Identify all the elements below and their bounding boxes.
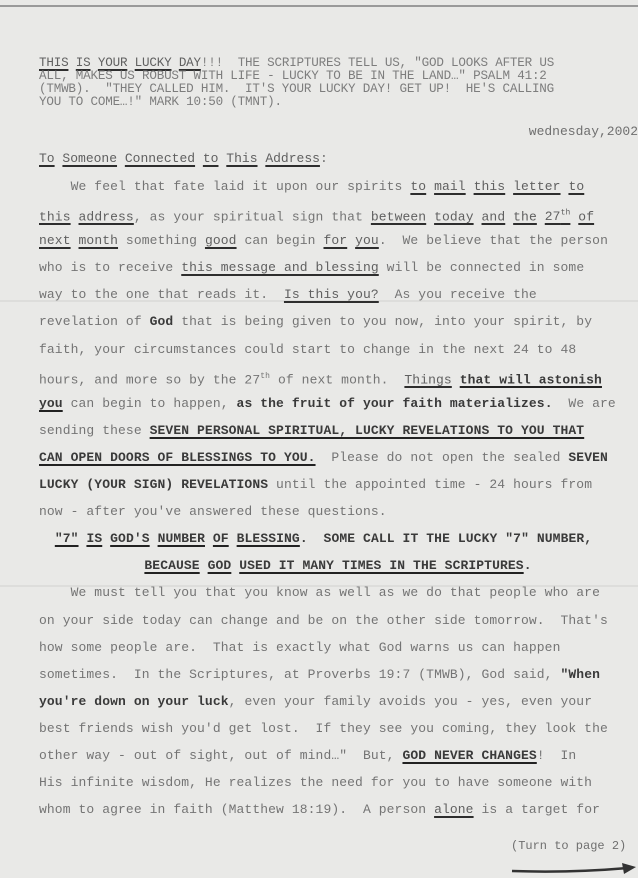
emphasized-text: To — [39, 151, 55, 166]
text — [229, 531, 237, 546]
emphasized-text: Someone — [62, 151, 117, 166]
emphasized-text: OF — [213, 531, 229, 546]
body-line: "7" IS GOD'S NUMBER OF BLESSING. SOME CA… — [39, 530, 638, 557]
emphasized-text: "When — [560, 667, 600, 682]
emphasized-text: next — [39, 233, 71, 248]
emphasized-text: . SOME CALL IT THE LUCKY "7" NUMBER, — [300, 531, 592, 546]
text — [102, 531, 110, 546]
body-line: who is to receive this message and bless… — [39, 259, 638, 286]
emphasized-text: THIS — [39, 56, 68, 70]
emphasized-text: good — [205, 233, 237, 248]
text — [505, 179, 513, 194]
text: ! In — [537, 748, 577, 763]
emphasized-text: to — [203, 151, 219, 166]
emphasized-text: alone — [434, 802, 474, 817]
text — [537, 209, 545, 224]
text: We feel that fate laid it upon our spiri… — [39, 179, 410, 194]
text: can begin to happen, — [63, 396, 237, 411]
emphasized-text: SEVEN — [568, 450, 608, 465]
text: is a target for — [474, 802, 600, 817]
body-line: sometimes. In the Scriptures, at Proverb… — [39, 666, 638, 693]
text — [195, 151, 203, 166]
text — [426, 209, 434, 224]
header-line: YOU TO COME…!" MARK 10:50 (TMNT). — [39, 96, 638, 109]
body-line: whom to agree in faith (Matthew 18:19). … — [39, 801, 638, 828]
text: until the appointed time - 24 hours from — [268, 477, 592, 492]
emphasized-text: "7" — [55, 531, 79, 546]
body-line: faith, your circumstances could start to… — [39, 341, 638, 368]
text — [426, 179, 434, 194]
emphasized-text: LUCKY — [135, 56, 172, 70]
emphasized-text: you — [39, 396, 63, 411]
text: of next month. — [270, 372, 404, 387]
text — [91, 56, 98, 70]
emphasized-text: you're down on your luck — [39, 694, 229, 709]
text: will be connected in some — [379, 260, 584, 275]
text — [200, 558, 208, 573]
emphasized-text: letter — [513, 179, 560, 194]
text: , even your family avoids you - yes, eve… — [229, 694, 592, 709]
emphasized-text: IS — [76, 56, 91, 70]
text: something — [118, 233, 205, 248]
body-line: you can begin to happen, as the fruit of… — [39, 395, 638, 422]
emphasized-text: address — [79, 209, 134, 224]
body-line: other way - out of sight, out of mind…" … — [39, 747, 638, 774]
body-line: this address, as your spiritual sign tha… — [39, 205, 638, 232]
text — [452, 372, 460, 387]
emphasized-text: USED IT MANY TIMES IN THE SCRIPTURES — [239, 558, 523, 573]
text — [68, 56, 75, 70]
text: (TMWB). "THEY CALLED HIM. IT'S YOUR LUCK… — [39, 82, 554, 96]
emphasized-text: SEVEN PERSONAL SPIRITUAL, LUCKY REVELATI… — [150, 423, 585, 438]
text: We are — [553, 396, 616, 411]
text: on your side today can change and be on … — [39, 613, 608, 628]
body-line: next month something good can begin for … — [39, 232, 638, 259]
text — [117, 151, 125, 166]
text: His infinite wisdom, He realizes the nee… — [39, 775, 592, 790]
text — [39, 531, 55, 546]
text: sending these — [39, 423, 150, 438]
text: can begin — [237, 233, 324, 248]
text: : — [320, 151, 328, 166]
text — [474, 209, 482, 224]
emphasized-text: YOUR — [98, 56, 127, 70]
emphasized-text: Is this you? — [284, 287, 379, 302]
letter-date: wednesday,2002 — [529, 124, 638, 139]
text: faith, your circumstances could start to… — [39, 342, 576, 357]
emphasized-text: as the fruit of your faith materializes. — [237, 396, 553, 411]
emphasized-text: this — [39, 209, 71, 224]
body-line: His infinite wisdom, He realizes the nee… — [39, 774, 638, 801]
text: !!! THE SCRIPTURES TELL US, "GOD LOOKS A… — [201, 56, 554, 70]
body-line: how some people are. That is exactly wha… — [39, 639, 638, 666]
body-line: We feel that fate laid it upon our spiri… — [39, 178, 638, 205]
emphasized-text: for — [323, 233, 347, 248]
body-line: now - after you've answered these questi… — [39, 503, 638, 530]
text — [347, 233, 355, 248]
text — [505, 209, 513, 224]
superscript: th — [260, 372, 270, 381]
body-line: on your side today can change and be on … — [39, 612, 638, 639]
emphasized-text: month — [79, 233, 119, 248]
text — [71, 233, 79, 248]
emphasized-text: to — [568, 179, 584, 194]
arrow-right-icon — [510, 862, 638, 876]
text: revelation of — [39, 314, 150, 329]
text: way to the one that reads it. — [39, 287, 284, 302]
text: whom to agree in faith (Matthew 18:19). … — [39, 802, 434, 817]
emphasized-text: IS — [86, 531, 102, 546]
emphasized-text: and — [482, 209, 506, 224]
text — [150, 531, 158, 546]
text: sometimes. In the Scriptures, at Proverb… — [39, 667, 560, 682]
emphasized-text: This — [226, 151, 257, 166]
text: now - after you've answered these questi… — [39, 504, 387, 519]
letter-header: THIS IS YOUR LUCKY DAY!!! THE SCRIPTURES… — [39, 57, 638, 109]
salutation: To Someone Connected to This Address: — [39, 151, 328, 166]
emphasized-text: between — [371, 209, 426, 224]
text: who is to receive — [39, 260, 181, 275]
emphasized-text: CAN OPEN DOORS OF BLESSINGS TO YOU. — [39, 450, 316, 465]
text: that is being given to you now, into you… — [173, 314, 592, 329]
emphasized-text: Address — [265, 151, 320, 166]
letter-body: We feel that fate laid it upon our spiri… — [39, 178, 638, 828]
body-line: revelation of God that is being given to… — [39, 313, 638, 340]
text: Please do not open the sealed — [316, 450, 569, 465]
emphasized-text: Connected — [125, 151, 195, 166]
text: ALL, MAKES US ROBUST WITH LIFE - LUCKY T… — [39, 69, 547, 83]
emphasized-text: BLESSING — [237, 531, 300, 546]
text: YOU TO COME…!" MARK 10:50 (TMNT). — [39, 95, 282, 109]
emphasized-text: BECAUSE — [144, 558, 199, 573]
turn-page-note: (Turn to page 2) — [511, 839, 626, 853]
emphasized-text: GOD NEVER CHANGES — [402, 748, 536, 763]
emphasized-text: to — [410, 179, 426, 194]
emphasized-text: you — [355, 233, 379, 248]
body-line: LUCKY (YOUR SIGN) REVELATIONS until the … — [39, 476, 638, 503]
emphasized-text: GOD — [208, 558, 232, 573]
emphasized-text: today — [434, 209, 474, 224]
text — [466, 179, 474, 194]
text: , as your spiritual sign that — [134, 209, 371, 224]
text: other way - out of sight, out of mind…" … — [39, 748, 402, 763]
text: . We believe that the person — [379, 233, 608, 248]
body-line: We must tell you that you know as well a… — [39, 584, 638, 611]
text: how some people are. That is exactly wha… — [39, 640, 560, 655]
emphasized-text: of — [578, 209, 594, 224]
emphasized-text: . — [524, 558, 532, 573]
emphasized-text: LUCKY (YOUR SIGN) REVELATIONS — [39, 477, 268, 492]
emphasized-text: DAY — [179, 56, 201, 70]
body-line: CAN OPEN DOORS OF BLESSINGS TO YOU. Plea… — [39, 449, 638, 476]
text: As you receive the — [379, 287, 537, 302]
emphasized-text: 27th — [545, 209, 571, 224]
text: hours, and more so by the 27 — [39, 372, 260, 387]
body-line: way to the one that reads it. Is this yo… — [39, 286, 638, 313]
emphasized-text: that will astonish — [460, 372, 602, 387]
text: best friends wish you'd get lost. If the… — [39, 721, 608, 736]
text — [71, 209, 79, 224]
emphasized-text: God — [150, 314, 174, 329]
body-line: hours, and more so by the 27th of next m… — [39, 368, 638, 395]
page-top-edge — [0, 5, 638, 7]
text — [171, 56, 178, 70]
emphasized-text: mail — [434, 179, 466, 194]
body-line: you're down on your luck, even your fami… — [39, 693, 638, 720]
body-line: best friends wish you'd get lost. If the… — [39, 720, 638, 747]
body-line: sending these SEVEN PERSONAL SPIRITUAL, … — [39, 422, 638, 449]
text: We must tell you that you know as well a… — [39, 585, 600, 600]
emphasized-text: the — [513, 209, 537, 224]
emphasized-text: this message and blessing — [181, 260, 379, 275]
text — [127, 56, 134, 70]
emphasized-text: GOD'S — [110, 531, 150, 546]
emphasized-text: this — [474, 179, 506, 194]
text — [205, 531, 213, 546]
body-line: BECAUSE GOD USED IT MANY TIMES IN THE SC… — [39, 557, 637, 584]
emphasized-text: NUMBER — [158, 531, 205, 546]
emphasized-text: Things — [404, 372, 451, 387]
